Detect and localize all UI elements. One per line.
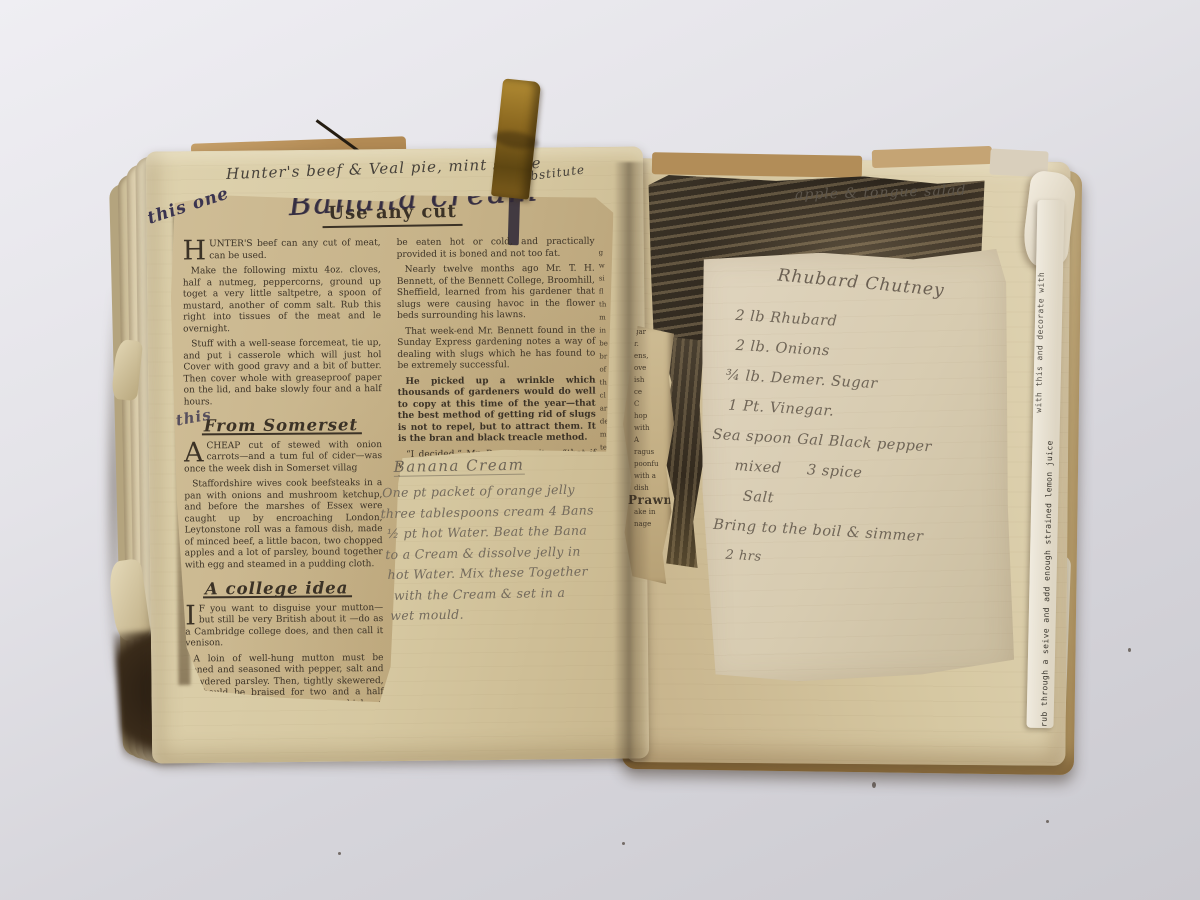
column-fragment: w [599,259,612,272]
news-paragraph: HUNTER'S beef can any cut of meat, can b… [183,238,381,262]
recipe-card-text: Rhubard Chutney 2 lb Rhubard 2 lb. Onion… [713,266,1000,585]
surface-speck [1046,820,1049,823]
recipe-title: Rhubard Chutney [777,265,1000,305]
news-paragraph: Staffordshire wives cook beefsteaks in a… [184,478,383,571]
column-fragment: fl [599,285,612,298]
news-paragraph: be eaten hot or cold, and practically pr… [397,237,595,261]
surface-speck [622,842,625,845]
news-paragraph: IF you want to disguise your mutton—but … [185,603,383,650]
banana-cream-line: wet mould. [390,602,624,627]
surface-speck [1128,648,1131,652]
dropcap: I [185,604,199,627]
dropcap: A [184,441,207,464]
column-fragment: si [599,272,612,285]
news-paragraph-bold: He picked up a wrinkle which thousands o… [398,375,596,445]
news-paragraph: Make the following mixtu 4oz. cloves, ha… [183,265,381,335]
banana-cream-title: Banana Cream [394,456,525,477]
photo-scene: gar r. ens, ove ish ce C hop with A ragu… [0,0,1200,900]
surface-speck [872,782,876,788]
news-paragraph: Nearly twelve months ago Mr. T. H. Benne… [397,264,595,323]
news-paragraph: Stuff with a well-sease forcemeat, tie u… [183,338,381,408]
recipe-card: Rhubard Chutney 2 lb Rhubard 2 lb. Onion… [698,249,1015,683]
banana-cream-note: Banana Cream One pt packet of orange jel… [382,453,625,627]
torn-fragment [652,152,862,178]
column-fragment: g [599,246,612,259]
newspaper-column-1: HUNTER'S beef can any cut of meat, can b… [183,238,385,754]
column-fragment: th [599,298,612,311]
surface-speck [338,852,341,855]
news-paragraph: That week-end Mr. Bennett found in the S… [397,325,595,372]
news-paragraph: ACHEAP cut of stewed with onion carrots—… [184,440,382,476]
book-gutter [614,162,650,762]
section-heading-college-idea: A college idea [203,582,353,598]
dropcap: H [183,239,210,262]
section-heading-from-somerset: this From Somerset [202,419,362,435]
